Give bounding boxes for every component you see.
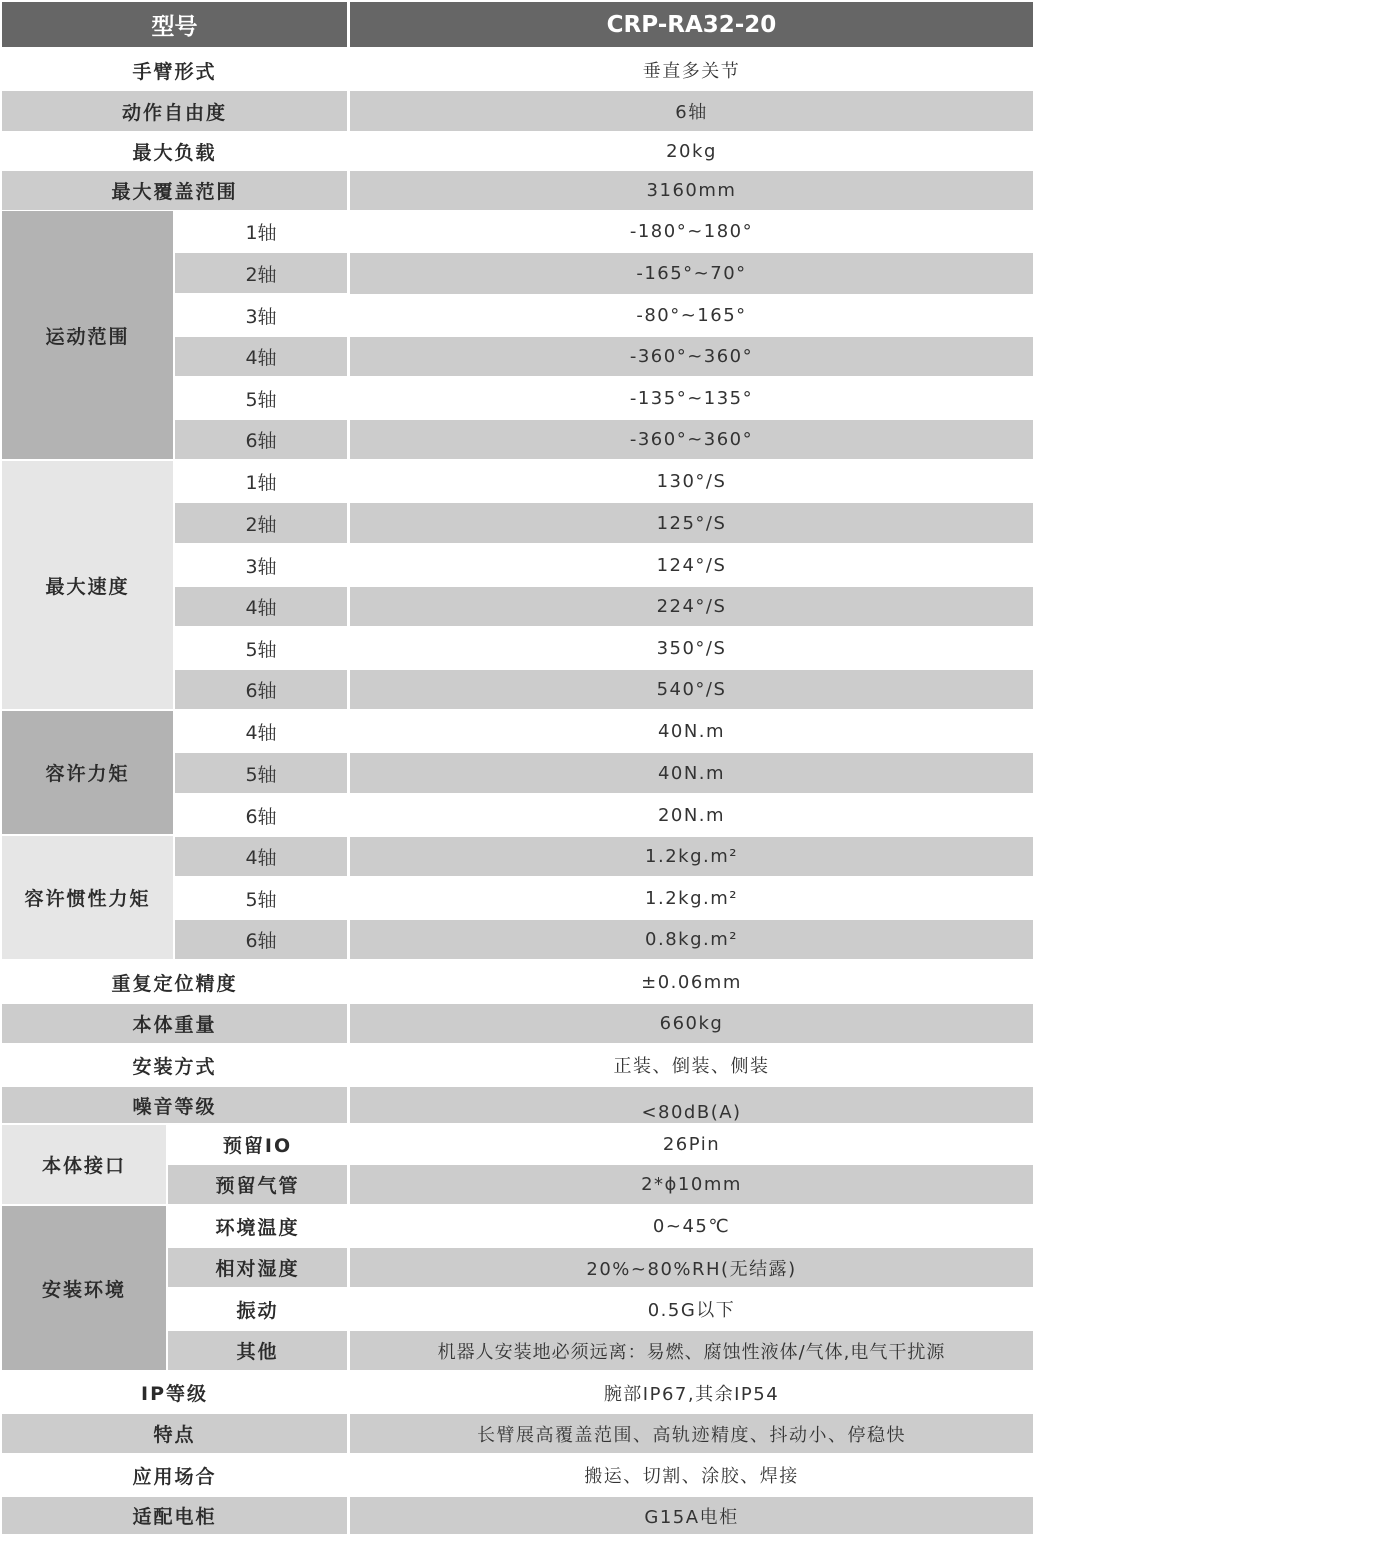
value-motion-axis5: -135°~135° [350,377,1033,419]
sub-label-torque-axis5: 5轴 [175,753,347,793]
value-ambient-temp: 0~45℃ [350,1206,1033,1247]
sub-label-motion-axis6: 6轴 [175,420,347,459]
value-motion-axis6: -360°~360° [350,420,1033,459]
group-label-motion-range: 运动范围 [2,211,173,459]
row-label-features: 特点 [2,1414,347,1453]
value-speed-axis3: 124°/S [350,544,1033,586]
value-inertia-axis5: 1.2kg.m² [350,877,1033,919]
value-speed-axis4: 224°/S [350,587,1033,626]
row-label-dof: 动作自由度 [2,91,347,131]
row-label-body-weight: 本体重量 [2,1004,347,1043]
value-inertia-axis4: 1.2kg.m² [350,837,1033,876]
header-label: 型号 [152,8,198,41]
header-label-cell: 型号 [2,2,347,47]
value-motion-axis1: -180°~180° [350,211,1033,252]
sub-label-speed-axis4: 4轴 [175,587,347,626]
row-label-controller: 适配电柜 [2,1497,347,1534]
value-vibration: 0.5G以下 [350,1288,1033,1330]
value-torque-axis5: 40N.m [350,753,1033,793]
sub-label-reserved-io: 预留IO [168,1125,347,1164]
sub-label-speed-axis6: 6轴 [175,670,347,709]
row-value-max-reach: 3160mm [350,171,1033,210]
sub-label-speed-axis2: 2轴 [175,503,347,543]
row-label-mounting: 安装方式 [2,1044,347,1086]
sub-label-speed-axis1: 1轴 [175,461,347,502]
sub-label-inertia-axis5: 5轴 [175,877,347,919]
value-motion-axis4: -360°~360° [350,337,1033,376]
row-value-noise-level: <80dB(A) [350,1087,1033,1123]
row-value-ip-rating: 腕部IP67,其余IP54 [350,1372,1033,1413]
row-value-max-payload: 20kg [350,132,1033,171]
group-label-allowable-inertia: 容许惯性力矩 [2,836,173,959]
spec-table: 型号 CRP-RA32-20 手臂形式 垂直多关节 动作自由度 6轴 最大负载 … [0,0,1400,1550]
group-label-install-environment: 安装环境 [2,1206,166,1370]
sub-label-relative-humidity: 相对湿度 [168,1248,347,1287]
sub-label-inertia-axis6: 6轴 [175,920,347,959]
row-label-ip-rating: IP等级 [2,1372,347,1413]
sub-label-speed-axis5: 5轴 [175,627,347,669]
sub-label-other: 其他 [168,1331,347,1370]
row-value-repeatability: ±0.06mm [350,961,1033,1003]
sub-label-vibration: 振动 [168,1288,347,1330]
sub-label-motion-axis4: 4轴 [175,337,347,376]
sub-label-torque-axis4: 4轴 [175,711,347,752]
value-reserved-io: 26Pin [350,1125,1033,1164]
group-label-allowable-torque: 容许力矩 [2,711,173,834]
value-relative-humidity: 20%~80%RH(无结露) [350,1248,1033,1287]
row-label-applications: 应用场合 [2,1454,347,1496]
sub-label-reserved-air-pipe: 预留气管 [168,1165,347,1204]
row-value-applications: 搬运、切割、涂胶、焊接 [350,1454,1033,1496]
row-value-arm-type: 垂直多关节 [350,50,1033,90]
sub-label-motion-axis2: 2轴 [175,253,347,293]
row-label-max-payload: 最大负载 [2,132,347,171]
value-motion-axis2: -165°~70° [350,253,1033,294]
row-label-repeatability: 重复定位精度 [2,961,347,1003]
value-speed-axis5: 350°/S [350,627,1033,669]
group-label-body-interface: 本体接口 [2,1125,166,1204]
value-other: 机器人安装地必须远离：易燃、腐蚀性液体/气体,电气干扰源 [350,1331,1033,1370]
row-label-max-reach: 最大覆盖范围 [2,171,347,210]
sub-label-inertia-axis4: 4轴 [175,837,347,876]
sub-label-ambient-temp: 环境温度 [168,1206,347,1247]
sub-label-motion-axis3: 3轴 [175,295,347,336]
row-label-arm-type: 手臂形式 [2,50,347,90]
value-torque-axis6: 20N.m [350,794,1033,836]
row-label-noise-level: 噪音等级 [2,1087,347,1123]
row-value-controller: G15A电柜 [350,1497,1033,1534]
sub-label-torque-axis6: 6轴 [175,794,347,836]
value-inertia-axis6: 0.8kg.m² [350,920,1033,959]
row-value-body-weight: 660kg [350,1004,1033,1043]
value-speed-axis6: 540°/S [350,670,1033,709]
row-value-features: 长臂展高覆盖范围、高轨迹精度、抖动小、停稳快 [350,1414,1033,1453]
row-value-dof: 6轴 [350,91,1033,131]
row-value-mounting: 正装、倒装、侧装 [350,1044,1033,1086]
sub-label-motion-axis1: 1轴 [175,211,347,252]
value-torque-axis4: 40N.m [350,711,1033,752]
model-name: CRP-RA32-20 [607,12,777,38]
value-speed-axis2: 125°/S [350,503,1033,543]
value-reserved-air-pipe: 2*ϕ10mm [350,1165,1033,1204]
sub-label-motion-axis5: 5轴 [175,377,347,419]
group-label-max-speed: 最大速度 [2,461,173,709]
header-model-cell: CRP-RA32-20 [350,2,1033,47]
value-speed-axis1: 130°/S [350,461,1033,502]
sub-label-speed-axis3: 3轴 [175,544,347,586]
value-motion-axis3: -80°~165° [350,295,1033,336]
